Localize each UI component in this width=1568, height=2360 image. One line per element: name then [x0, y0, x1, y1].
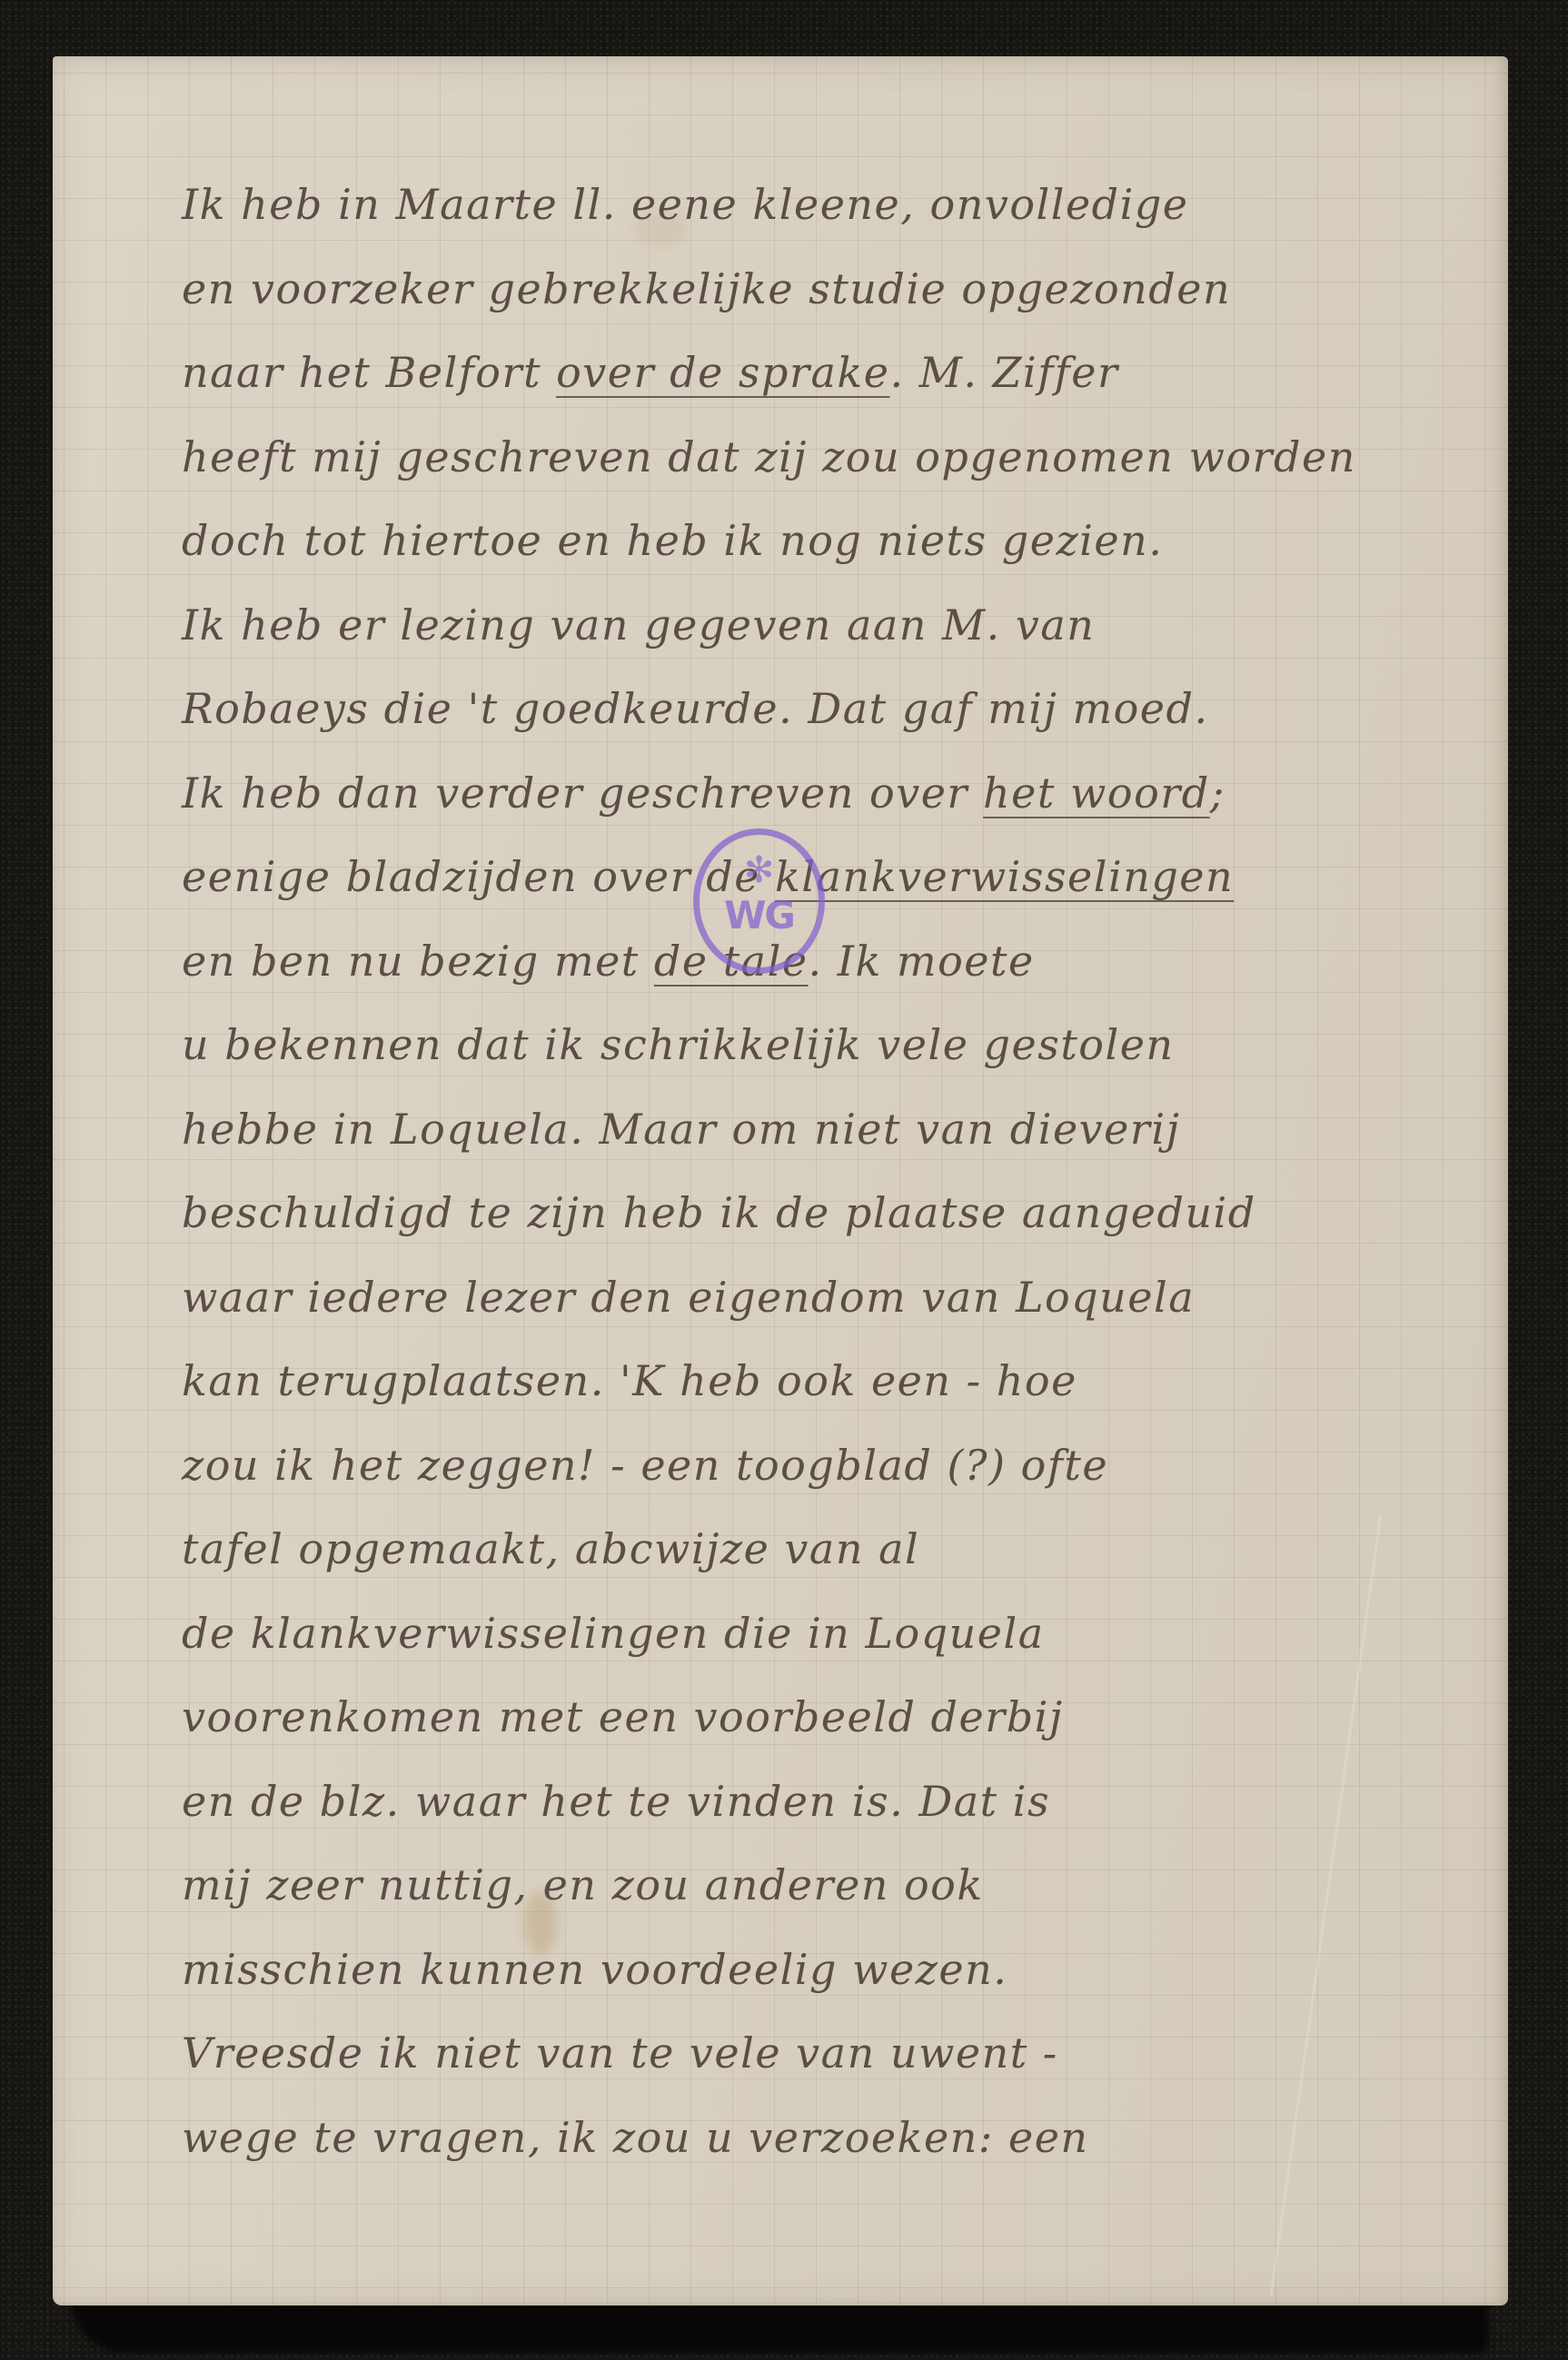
handwritten-line: tafel opgemaakt, abcwijze van al — [182, 1522, 1490, 1606]
line-text: naar het Belfort — [182, 348, 556, 397]
handwritten-line: eenige bladzijden over de klankverwissel… — [182, 849, 1490, 934]
stamp-letters: WG — [724, 893, 794, 937]
line-text: wege te vragen, ik zou u verzoeken: een — [182, 2113, 1089, 2162]
handwritten-line: Ik heb er lezing van gegeven aan M. van — [182, 598, 1490, 682]
line-text: . Ik moete — [809, 937, 1035, 986]
line-text: ; — [1210, 768, 1226, 818]
handwritten-line: en ben nu bezig met de tale. Ik moete — [182, 934, 1490, 1018]
line-text: voorenkomen met een voorbeeld derbij — [182, 1692, 1064, 1741]
line-text: doch tot hiertoe en heb ik nog niets gez… — [182, 516, 1163, 565]
handwritten-line: doch tot hiertoe en heb ik nog niets gez… — [182, 513, 1490, 598]
handwritten-line: naar het Belfort over de sprake. M. Ziff… — [182, 345, 1490, 430]
page-shadow — [71, 2298, 1488, 2353]
line-text: Ik heb dan verder geschreven over — [182, 768, 983, 818]
underlined-text: klankverwisselingen — [775, 852, 1234, 901]
letter-body: Ik heb in Maarte ll. eene kleene, onvoll… — [182, 177, 1490, 2194]
handwritten-line: Ik heb dan verder geschreven over het wo… — [182, 766, 1490, 850]
line-text: waar iedere lezer den eigendom van Loque… — [182, 1273, 1195, 1322]
handwritten-line: heeft mij geschreven dat zij zou opgenom… — [182, 430, 1490, 514]
handwritten-line: beschuldigd te zijn heb ik de plaatse aa… — [182, 1185, 1490, 1270]
archive-stamp: ✻ WG — [693, 828, 825, 974]
line-text: Ik heb er lezing van gegeven aan M. van — [182, 600, 1095, 649]
line-text: tafel opgemaakt, abcwijze van al — [182, 1524, 919, 1573]
handwritten-line: waar iedere lezer den eigendom van Loque… — [182, 1270, 1490, 1354]
line-text: beschuldigd te zijn heb ik de plaatse aa… — [182, 1188, 1256, 1237]
line-text: en ben nu bezig met — [182, 937, 654, 986]
line-text: mij zeer nuttig, en zou anderen ook — [182, 1860, 984, 1909]
handwritten-line: Vreesde ik niet van te vele van uwent - — [182, 2026, 1490, 2110]
handwritten-line: mij zeer nuttig, en zou anderen ook — [182, 1858, 1490, 1942]
document-scan: Ik heb in Maarte ll. eene kleene, onvoll… — [0, 0, 1568, 2360]
line-text: zou ik het zeggen! - een toogblad (?) of… — [182, 1441, 1108, 1490]
handwritten-line: u bekennen dat ik schrikkelijk vele gest… — [182, 1017, 1490, 1102]
line-text: en voorzeker gebrekkelijke studie opgezo… — [182, 264, 1231, 313]
handwritten-line: wege te vragen, ik zou u verzoeken: een — [182, 2110, 1490, 2195]
line-text: en de blz. waar het te vinden is. Dat is — [182, 1777, 1050, 1826]
handwritten-line: misschien kunnen voordeelig wezen. — [182, 1942, 1490, 2027]
handwritten-line: hebbe in Loquela. Maar om niet van dieve… — [182, 1102, 1490, 1186]
handwritten-line: en voorzeker gebrekkelijke studie opgezo… — [182, 262, 1490, 346]
line-text: kan terugplaatsen. 'K heb ook een - hoe — [182, 1356, 1077, 1405]
underlined-text: het woord — [983, 768, 1210, 818]
line-text: hebbe in Loquela. Maar om niet van dieve… — [182, 1105, 1180, 1154]
line-text: Ik heb in Maarte ll. eene kleene, onvoll… — [182, 180, 1189, 229]
line-text: Vreesde ik niet van te vele van uwent - — [182, 2028, 1058, 2077]
line-text: de klankverwisselingen die in Loquela — [182, 1609, 1045, 1658]
handwritten-line: de klankverwisselingen die in Loquela — [182, 1606, 1490, 1691]
handwritten-line: Ik heb in Maarte ll. eene kleene, onvoll… — [182, 177, 1490, 262]
line-text: misschien kunnen voordeelig wezen. — [182, 1945, 1007, 1994]
line-text: u bekennen dat ik schrikkelijk vele gest… — [182, 1020, 1175, 1069]
handwritten-line: zou ik het zeggen! - een toogblad (?) of… — [182, 1438, 1490, 1522]
handwritten-line: voorenkomen met een voorbeeld derbij — [182, 1690, 1490, 1774]
line-text: Robaeys die 't goedkeurde. Dat gaf mij m… — [182, 684, 1209, 733]
handwritten-line: Robaeys die 't goedkeurde. Dat gaf mij m… — [182, 681, 1490, 766]
handwritten-line: en de blz. waar het te vinden is. Dat is — [182, 1774, 1490, 1859]
line-text: . M. Ziffer — [889, 348, 1118, 397]
bee-icon: ✻ — [744, 849, 775, 891]
line-text: eenige bladzijden over de — [182, 852, 775, 901]
handwritten-line: kan terugplaatsen. 'K heb ook een - hoe — [182, 1354, 1490, 1438]
line-text: heeft mij geschreven dat zij zou opgenom… — [182, 432, 1356, 481]
underlined-text: over de sprake — [556, 348, 889, 397]
